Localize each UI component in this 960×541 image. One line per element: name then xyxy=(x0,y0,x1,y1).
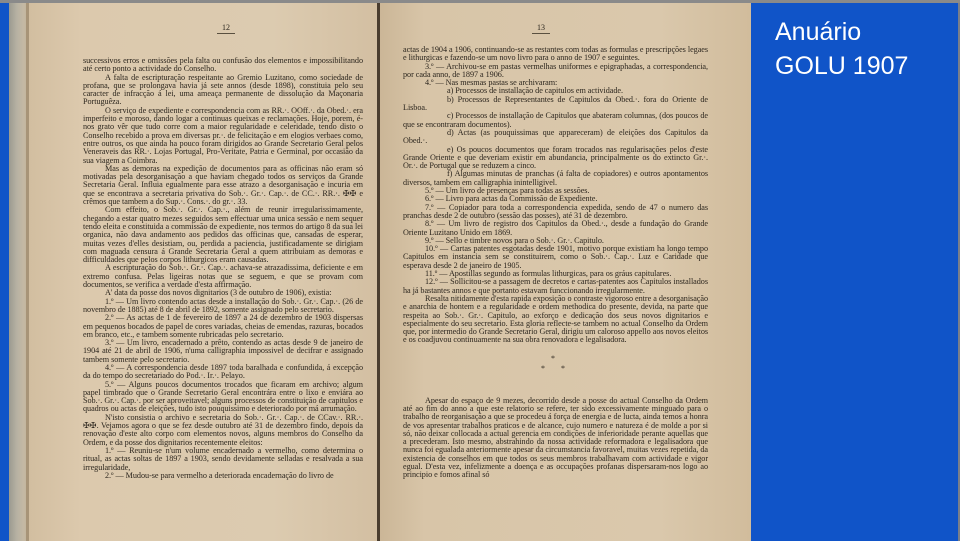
paragraph: O serviço de expediente e correspondenci… xyxy=(83,107,363,165)
list-item: 3.º — Um livro, encadernado a prêto, con… xyxy=(83,339,363,364)
list-item: 7.º — Copiador para toda a correspondenc… xyxy=(403,204,708,221)
paragraph: Mas as demoras na expedição de documento… xyxy=(83,165,363,206)
paragraph: Com effeito, o Sob.·. Gr.·. Cap.·., além… xyxy=(83,206,363,264)
list-item: 2.º — As actas de 1 de fevereiro de 1897… xyxy=(83,314,363,339)
separator-asterisk: * xyxy=(561,365,565,373)
paragraph: Apesar do espaço de 9 mezes, decorrido d… xyxy=(403,397,708,480)
book-page-edges xyxy=(9,3,29,541)
list-item: 12.º — Sollicitou-se a passagem de decre… xyxy=(403,278,708,295)
page-number: 13 xyxy=(526,23,556,34)
list-item: 8.º — Um livro de registro dos Capitulos… xyxy=(403,220,708,237)
page-body-text: actas de 1904 a 1906, continuando-se as … xyxy=(403,46,708,480)
list-item: 10.º — Cartas patentes esgotadas desde 1… xyxy=(403,245,708,270)
page-number: 12 xyxy=(211,23,241,34)
section-separator: * * * xyxy=(403,351,708,389)
sub-list-item: c) Processos de installação de Capitulos… xyxy=(403,112,708,129)
banner-title-line-2: GOLU 1907 xyxy=(775,52,908,80)
paragraph: Resalta nitidamente d'esta rapida exposi… xyxy=(403,295,708,345)
list-item: 1.º — Um livro contendo actas desde a in… xyxy=(83,298,363,315)
paragraph: successivos erros e omissões pela falta … xyxy=(83,57,363,74)
list-item: 2.º — Mudou-se para vermelho a deteriora… xyxy=(83,472,363,480)
right-page: 13 actas de 1904 a 1906, continuando-se … xyxy=(380,3,751,541)
sub-list-item: d) Actas (as pouquissimas que apparecera… xyxy=(403,129,708,146)
paragraph: A falta de escripturação respeitante ao … xyxy=(83,74,363,107)
paragraph: actas de 1904 a 1906, continuando-se as … xyxy=(403,46,708,63)
list-item: 4.º — A correspondencia desde 1897 toda … xyxy=(83,364,363,381)
list-item: 1.º — Reuniu-se n'um volume encadernado … xyxy=(83,447,363,472)
banner-title: Anuário GOLU 1907 xyxy=(775,15,908,83)
separator-asterisk: * xyxy=(541,365,545,373)
sub-list-item: f) Algumas minutas de pranchas (á falta … xyxy=(403,170,708,187)
separator-asterisk: * xyxy=(551,355,555,363)
title-banner: Anuário GOLU 1907 xyxy=(751,3,960,541)
paragraph: A escripturação do Sob.·. Gr.·. Cap.·. a… xyxy=(83,264,363,289)
sub-list-item: e) Os poucos documentos que foram trocad… xyxy=(403,146,708,171)
paragraph: N'isto consistia o archivo e secretaria … xyxy=(83,414,363,447)
banner-title-line-1: Anuário xyxy=(775,18,861,46)
list-item: 5.º — Alguns poucos documentos trocados … xyxy=(83,381,363,414)
scanned-book-spread: 12 successivos erros e omissões pela fal… xyxy=(9,3,751,541)
list-item: 3.º — Archivou-se em pastas vermelhas un… xyxy=(403,63,708,80)
page-body-text: successivos erros e omissões pela falta … xyxy=(83,57,363,480)
sub-list-item: b) Processos de Representantes de Capitu… xyxy=(403,96,708,113)
left-page: 12 successivos erros e omissões pela fal… xyxy=(29,3,377,541)
